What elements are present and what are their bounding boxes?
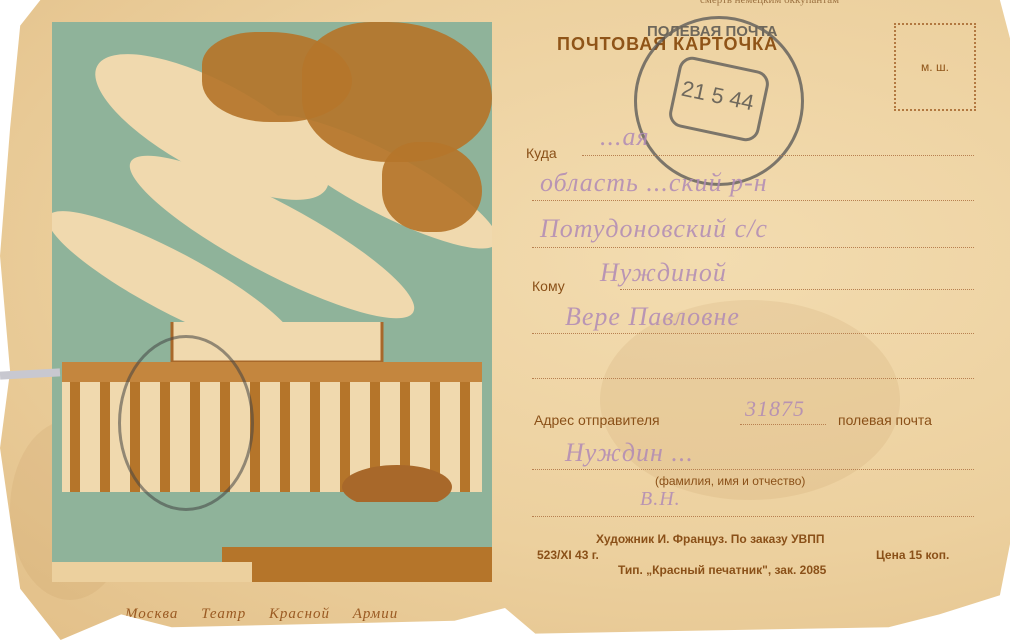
handwritten-field-post-number: 31875	[745, 396, 805, 422]
imprint-date-code: 523/XI 43 г.	[537, 548, 599, 562]
tree-leaves	[302, 22, 492, 162]
to-whom-label: Кому	[532, 278, 565, 294]
to-where-line-1[interactable]	[582, 155, 974, 156]
illustration	[52, 22, 492, 582]
field-post-number-line[interactable]	[740, 424, 826, 425]
handwritten-sender-name: Нуждин ...	[565, 438, 694, 468]
to-whom-line-2[interactable]	[532, 333, 974, 334]
handwritten-to-where-2: область ...ский р-н	[540, 168, 768, 198]
handwritten-to-where-1: ...ая	[600, 122, 650, 152]
postmark-partial	[118, 335, 254, 511]
handwritten-to-whom-1: Нуждиной	[600, 258, 727, 288]
lawn	[52, 502, 492, 552]
top-edge-text: смерть немецким оккупантам	[700, 0, 839, 6]
field-post-postmark: ПОЛЕВАЯ ПОЧТА 21 5 44	[634, 16, 804, 186]
imprint-price: Цена 15 коп.	[876, 548, 949, 562]
stamp-box-label: м. ш.	[896, 60, 974, 74]
sender-extra-line[interactable]	[532, 516, 974, 517]
imprint-printer: Тип. „Красный печатник", зак. 2085	[618, 563, 826, 577]
to-where-line-3[interactable]	[532, 247, 974, 248]
postmark-ring-text: ПОЛЕВАЯ ПОЧТА	[647, 23, 778, 40]
to-whom-line-3[interactable]	[532, 378, 974, 379]
sender-name-line[interactable]	[532, 469, 974, 470]
to-where-line-2[interactable]	[532, 200, 974, 201]
paper-gap	[52, 562, 252, 582]
illustration-caption: Москва Театр Красной Армии	[125, 606, 465, 623]
name-hint: (фамилия, имя и отчество)	[655, 474, 805, 488]
tree-leaves	[382, 142, 482, 232]
postcard: смерть немецким оккупантам	[0, 0, 1010, 640]
sender-label: Адрес отправителя	[534, 412, 660, 428]
handwritten-to-where-3: Потудоновский с/с	[540, 214, 768, 244]
to-where-label: Куда	[526, 145, 557, 161]
to-whom-line-1[interactable]	[620, 289, 974, 290]
stamp-box: м. ш.	[894, 23, 976, 111]
imprint-artist: Художник И. Француз. По заказу УВПП	[596, 532, 824, 546]
handwritten-sender-extra: В.Н.	[640, 488, 681, 511]
field-post-label: полевая почта	[838, 412, 932, 428]
road-shading	[222, 547, 492, 582]
handwritten-to-whom-2: Вере Павловне	[565, 302, 740, 332]
